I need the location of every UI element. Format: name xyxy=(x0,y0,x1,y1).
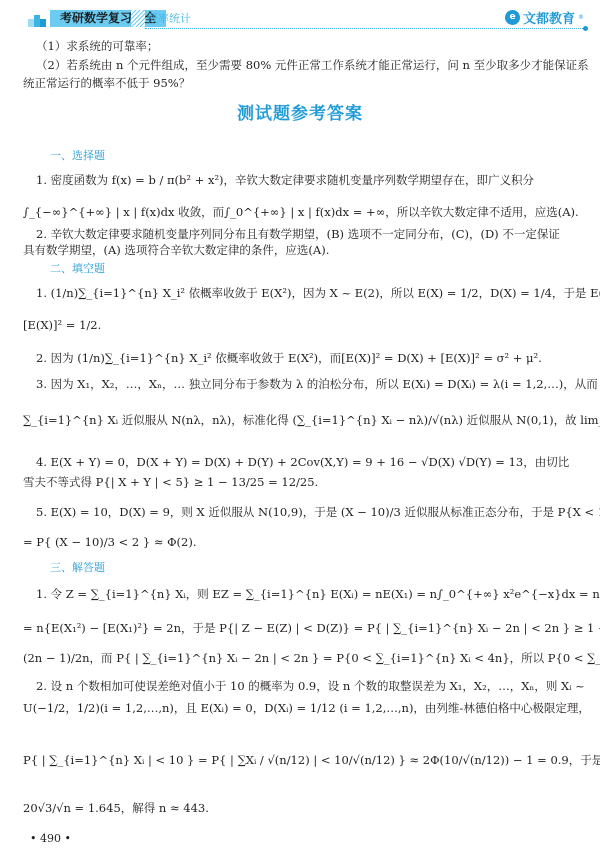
answer-line: = n{E(X₁²) − [E(X₁)²} = 2n，于是 P{| Z − E(… xyxy=(23,620,579,636)
header-hatch-decoration xyxy=(131,10,145,27)
problem-part-2-cont: 统正常运行的概率不低于 95%？ xyxy=(23,75,579,91)
answer-line: P{ | ∑_{i=1}^{n} Xᵢ | < 10 } = P{ | ∑Xᵢ … xyxy=(23,752,579,768)
problem-part-1: （1）求系统的可靠率； xyxy=(36,38,592,54)
header-divider xyxy=(145,28,585,29)
page-number: • 490 • xyxy=(30,832,71,845)
answer-line: ∫_{−∞}^{+∞} | x | f(x)dx 收敛，而∫_0^{+∞} | … xyxy=(23,204,579,220)
brand-logo: e 文都教育 ® xyxy=(505,8,584,27)
answer-line: ∑_{i=1}^{n} Xᵢ 近似服从 N(nλ，nλ)，标准化得 (∑_{i=… xyxy=(23,412,579,428)
section-heading-choice: 一、选择题 xyxy=(50,148,600,164)
brand-swirl-icon: e xyxy=(505,10,520,25)
answer-line: [E(X)]² = 1/2. xyxy=(23,317,579,333)
answer-line: 具有数学期望，(A) 选项符合辛钦大数定律的条件，应选(A). xyxy=(23,242,579,258)
problem-part-2: （2）若系统由 n 个元件组成，至少需要 80% 元件正常工作系统才能正常运行，… xyxy=(36,57,592,73)
brand-name: 文都教育 xyxy=(523,8,575,27)
answer-line: 1. (1/n)∑_{i=1}^{n} X_i² 依概率收敛于 E(X²)，因为… xyxy=(36,285,592,301)
answer-line: 2. 设 n 个数相加可使误差绝对值小于 10 的概率为 0.9，设 n 个数的… xyxy=(36,678,592,694)
section-heading-solve: 三、解答题 xyxy=(50,560,600,576)
answer-line: (2n − 1)/2n，而 P{ | ∑_{i=1}^{n} Xᵢ − 2n |… xyxy=(23,650,579,666)
answer-line: 雪夫不等式得 P{| X + Y | < 5} ≥ 1 − 13/25 = 12… xyxy=(23,474,579,490)
chapter-label: 概率统计 xyxy=(147,10,191,27)
blocks-icon xyxy=(28,13,48,27)
answer-title: 测试题参考答案 xyxy=(0,106,600,122)
answer-line: 1. 密度函数为 f(x) = b / π(b² + x²)，辛钦大数定律要求随… xyxy=(36,172,592,188)
answer-line: 3. 因为 X₁，X₂，…，Xₙ，… 独立同分布于参数为 λ 的泊松分布，所以 … xyxy=(36,376,592,392)
answer-line: U(−1/2，1/2)(i = 1,2,…,n)，且 E(Xᵢ) = 0，D(X… xyxy=(23,700,579,716)
answer-line: 20√3/√n = 1.645，解得 n ≈ 443. xyxy=(23,800,579,816)
answer-line: 2. 辛钦大数定律要求随机变量序列同分布且有数学期望，(B) 选项不一定同分布，… xyxy=(36,226,592,242)
section-heading-fill: 二、填空题 xyxy=(50,261,600,277)
answer-line: 4. E(X + Y) = 0，D(X + Y) = D(X) + D(Y) +… xyxy=(36,454,592,470)
answer-line: = P{ (X − 10)/3 < 2 } ≈ Φ(2). xyxy=(23,534,579,550)
answer-line: 2. 因为 (1/n)∑_{i=1}^{n} X_i² 依概率收敛于 E(X²)… xyxy=(36,350,592,366)
registered-mark: ® xyxy=(578,14,584,21)
answer-line: 5. E(X) = 10，D(X) = 9，则 X 近似服从 N(10,9)，于… xyxy=(36,504,592,520)
answer-line: 1. 令 Z = ∑_{i=1}^{n} Xᵢ，则 EZ = ∑_{i=1}^{… xyxy=(36,586,592,602)
